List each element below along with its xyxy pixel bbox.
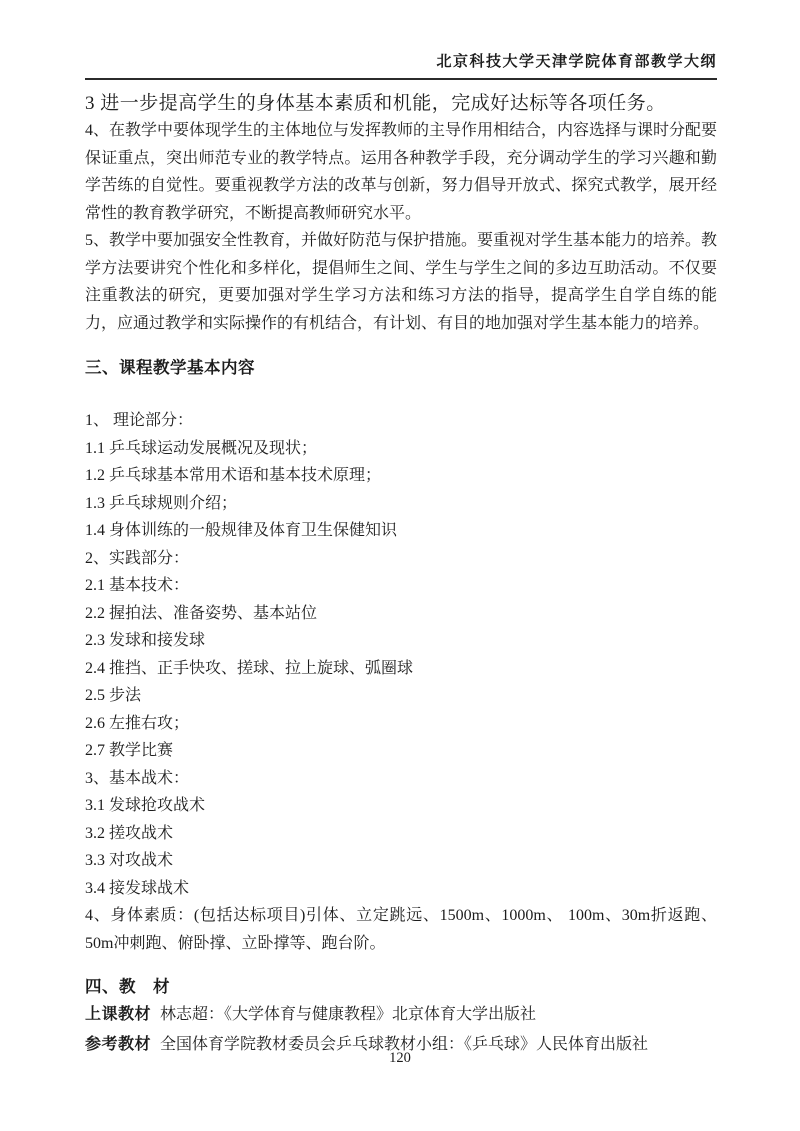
list-item: 3、基本战术： bbox=[85, 765, 717, 793]
list-item: 3.1 发球抢攻战术 bbox=[85, 792, 717, 820]
section-3-heading: 三、课程教学基本内容 bbox=[85, 354, 717, 381]
list-item: 2.4 推挡、正手快攻、搓球、拉上旋球、弧圈球 bbox=[85, 655, 717, 683]
list-item: 1.3 乒乓球规则介绍； bbox=[85, 490, 717, 518]
page-number: 120 bbox=[0, 1050, 800, 1067]
list-item: 2.3 发球和接发球 bbox=[85, 627, 717, 655]
paragraph-4: 4、在教学中要体现学生的主体地位与发挥教师的主导作用相结合，内容选择与课时分配要… bbox=[85, 117, 717, 227]
textbook-line: 上课教材林志超：《大学体育与健康教程》北京体育大学出版社 bbox=[85, 1000, 717, 1030]
document-page: 北京科技大学天津学院体育部教学大纲 3 进一步提高学生的身体基本素质和机能，完成… bbox=[0, 0, 800, 1131]
list-item: 1、 理论部分： bbox=[85, 407, 717, 435]
list-item: 3.3 对攻战术 bbox=[85, 847, 717, 875]
paragraph-5: 5、教学中要加强安全性教育，并做好防范与保护措施。要重视对学生基本能力的培养。教… bbox=[85, 227, 717, 337]
header-title: 北京科技大学天津学院体育部教学大纲 bbox=[436, 54, 717, 70]
list-item: 2、实践部分： bbox=[85, 545, 717, 573]
textbook-label: 上课教材 bbox=[85, 1006, 151, 1023]
list-item: 1.2 乒乓球基本常用术语和基本技术原理； bbox=[85, 462, 717, 490]
list-item: 2.7 教学比赛 bbox=[85, 737, 717, 765]
list-item: 3.4 接发球战术 bbox=[85, 875, 717, 903]
list-item: 1.4 身体训练的一般规律及体育卫生保健知识 bbox=[85, 517, 717, 545]
task-line-3: 3 进一步提高学生的身体基本素质和机能，完成好达标等各项任务。 bbox=[85, 90, 717, 117]
list-item: 1.1 乒乓球运动发展概况及现状； bbox=[85, 435, 717, 463]
fitness-item: 4、身体素质：(包括达标项目)引体、立定跳远、1500m、1000m、 100m… bbox=[85, 902, 717, 957]
page-content-area: 北京科技大学天津学院体育部教学大纲 3 进一步提高学生的身体基本素质和机能，完成… bbox=[85, 0, 717, 1060]
list-item: 2.1 基本技术： bbox=[85, 572, 717, 600]
list-item: 2.6 左推右攻； bbox=[85, 710, 717, 738]
list-item: 3.2 搓攻战术 bbox=[85, 820, 717, 848]
list-item: 2.2 握拍法、准备姿势、基本站位 bbox=[85, 600, 717, 628]
page-header: 北京科技大学天津学院体育部教学大纲 bbox=[85, 0, 717, 80]
list-item: 2.5 步法 bbox=[85, 682, 717, 710]
textbook-text: 林志超：《大学体育与健康教程》北京体育大学出版社 bbox=[160, 1006, 536, 1023]
section-4-heading: 四、教 材 bbox=[85, 973, 717, 1000]
